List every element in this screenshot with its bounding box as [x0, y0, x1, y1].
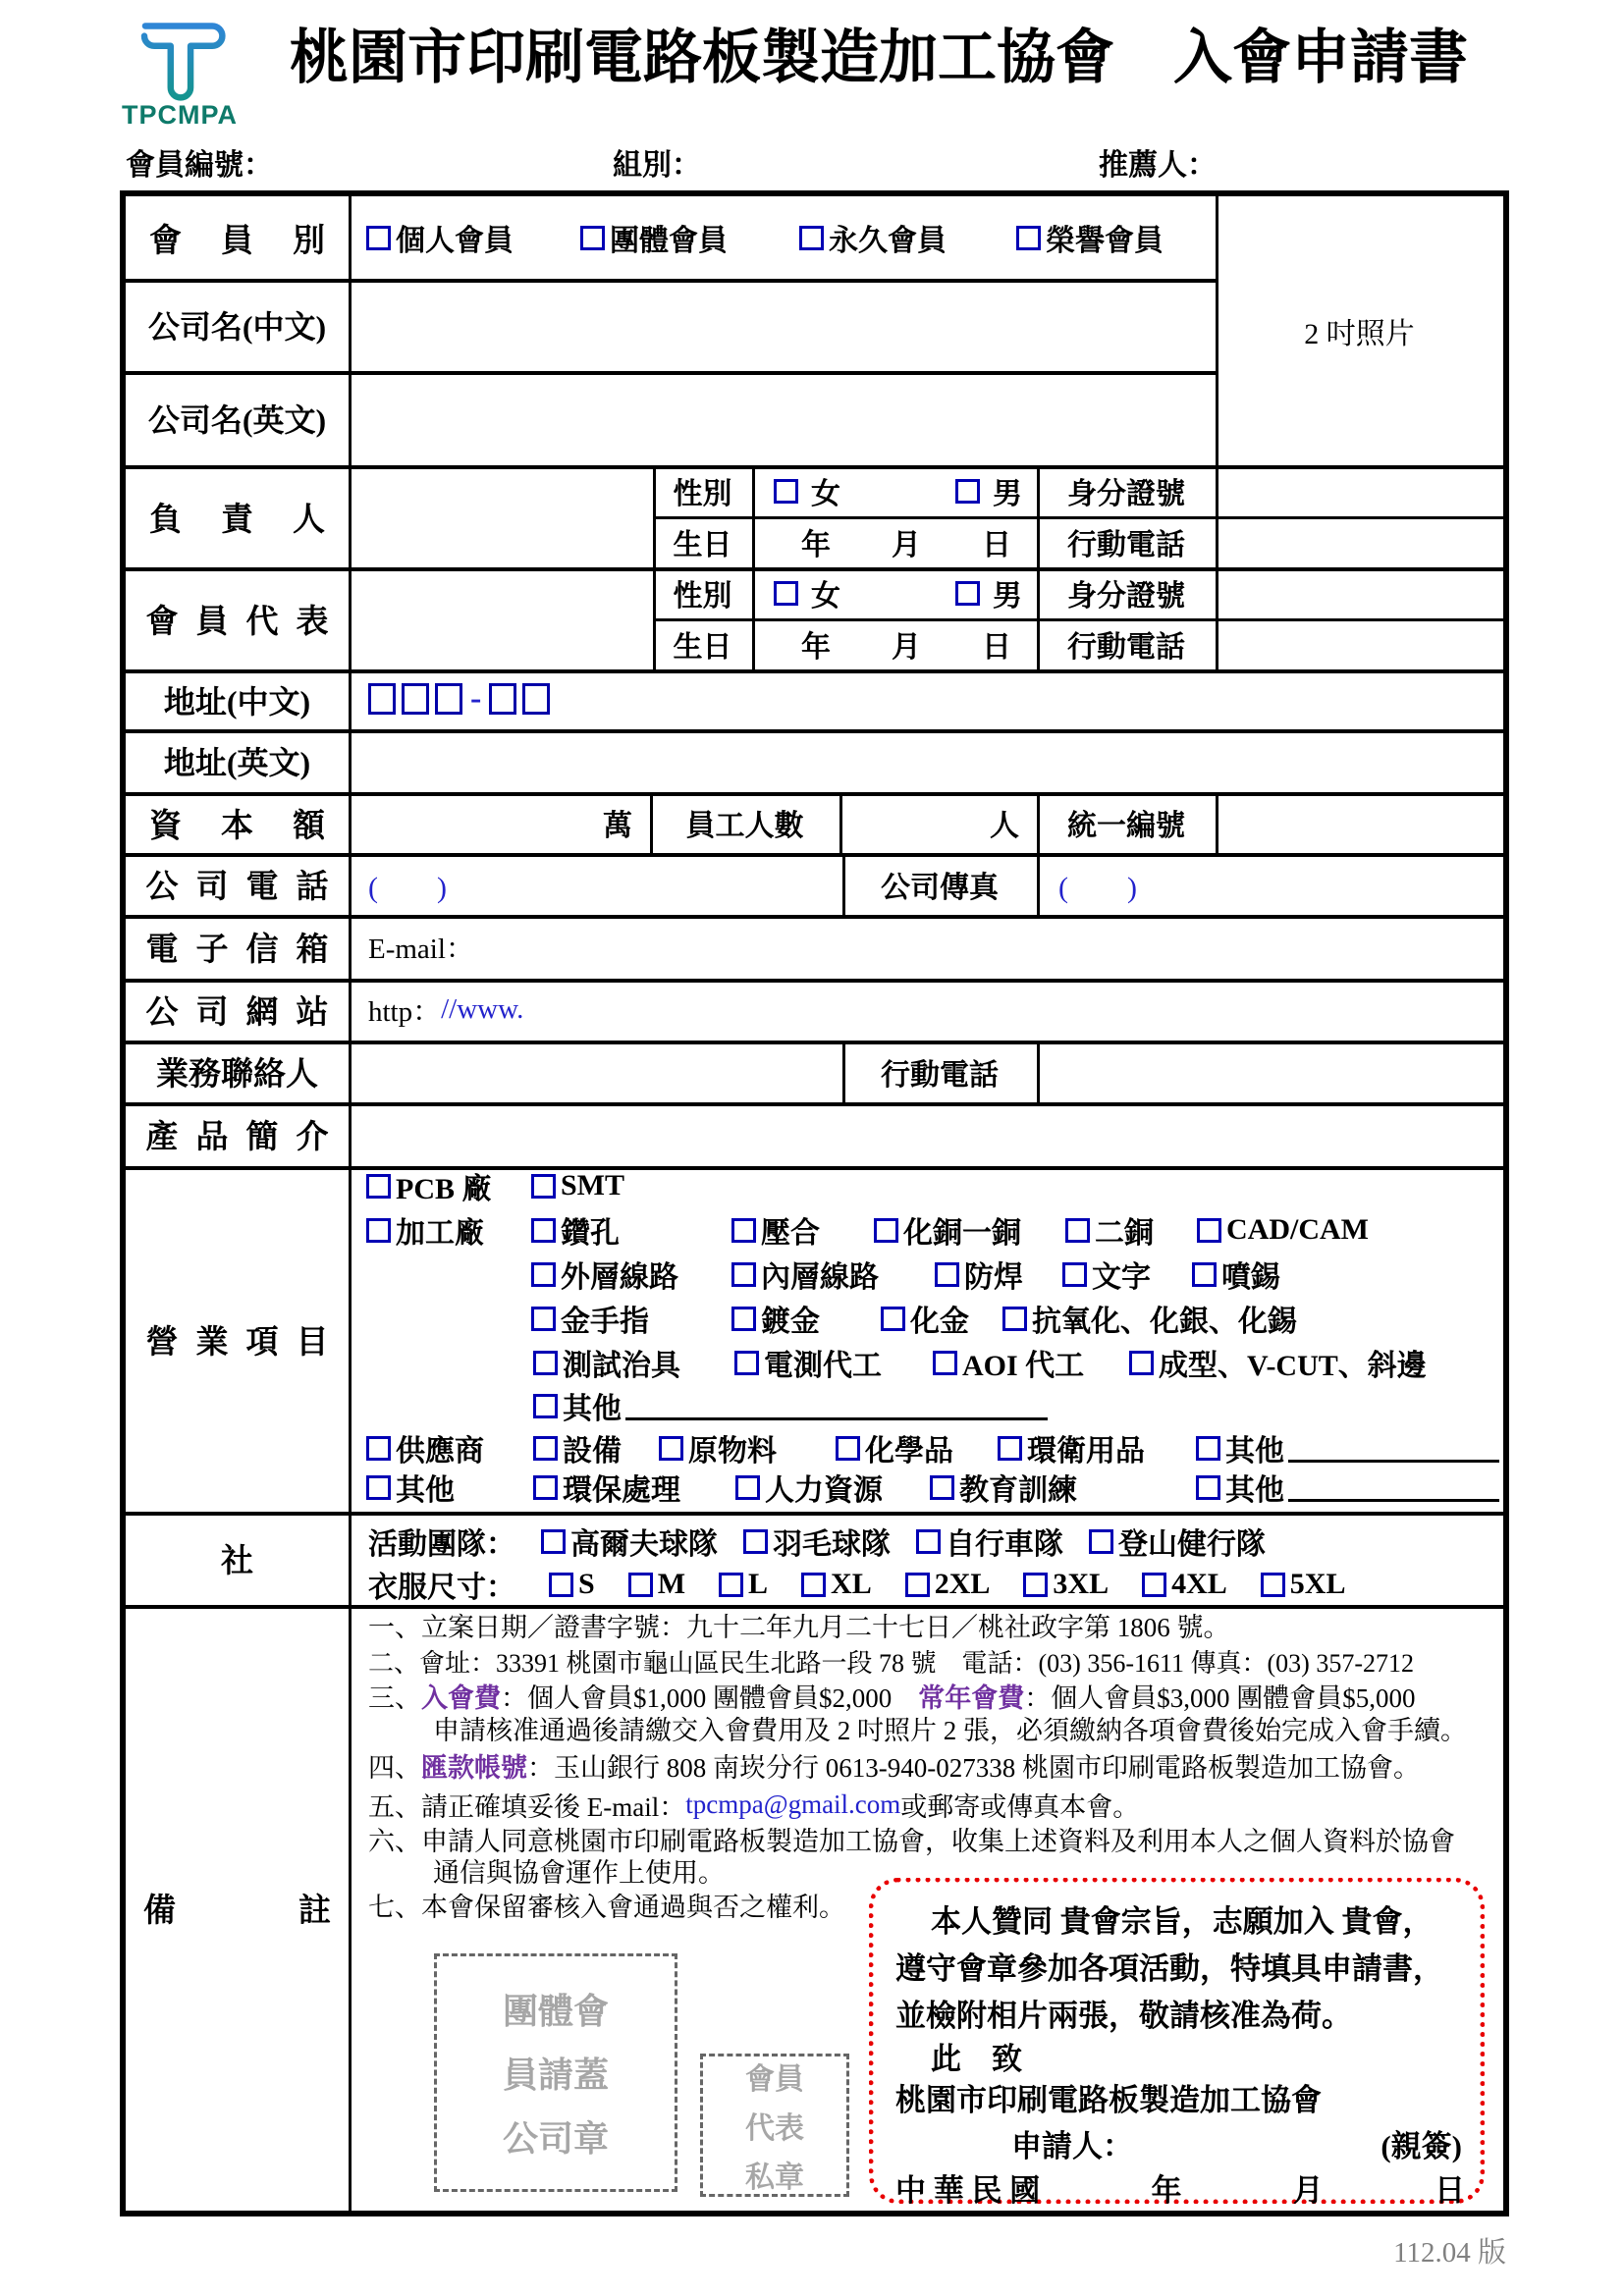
- row-label-phone: 公司電話: [126, 853, 349, 915]
- addr-cn-field[interactable]: [617, 672, 1500, 726]
- row-label-website: 公司網站: [126, 979, 349, 1041]
- declaration-line: 遵守會章參加各項活動，特填具申請書，: [895, 1944, 1443, 1988]
- grid-line: [1037, 853, 1040, 915]
- club-teams-line: 活動團隊： 高爾夫球隊 羽毛球隊 自行車隊 登山健行隊: [368, 1520, 1266, 1563]
- checkbox-icon[interactable]: [801, 1573, 826, 1597]
- checkbox-process-other[interactable]: 其他: [533, 1384, 1048, 1427]
- referrer-label: 推薦人：: [1099, 142, 1217, 182]
- principal-id-label: 身分證號: [1037, 465, 1216, 516]
- checkbox-icon[interactable]: [1023, 1573, 1048, 1597]
- declaration-date-line: 中 華 民 國 年 月 日: [895, 2165, 1465, 2210]
- fax-field[interactable]: [1245, 856, 1500, 912]
- checkbox-icon[interactable]: [580, 226, 605, 250]
- tax-id-label: 統一編號: [1037, 792, 1216, 853]
- checkbox-icon[interactable]: [628, 1573, 653, 1597]
- declaration-box: 本人贊同 貴會宗旨，志願加入 貴會， 遵守會章參加各項活動，特填具申請書， 並檢…: [869, 1878, 1485, 2204]
- checkbox-golf-team[interactable]: 高爾夫球隊: [541, 1520, 718, 1563]
- checkbox-inner-layer[interactable]: 內層線路: [731, 1253, 879, 1296]
- checkbox-icon[interactable]: [935, 1262, 959, 1287]
- applicant-signature-field[interactable]: [1149, 2121, 1365, 2157]
- capital-unit: 萬: [349, 792, 632, 853]
- checkbox-icon[interactable]: [731, 1307, 756, 1331]
- fax-label: 公司傳真: [842, 853, 1037, 915]
- checkbox-test-fixture[interactable]: 測試治具: [533, 1341, 680, 1384]
- checkbox-lamination[interactable]: 壓合: [731, 1208, 820, 1252]
- phone-area-parens: ( ): [368, 853, 486, 915]
- row-label-company-cn: 公司名(中文): [126, 279, 349, 371]
- row-label-company-en: 公司名(英文): [126, 371, 349, 465]
- products-field[interactable]: [352, 1105, 1500, 1163]
- tpcmpa-logo-icon: [120, 8, 240, 102]
- checkbox-icon[interactable]: [955, 479, 980, 504]
- checkbox-member-permanent[interactable]: 永久會員: [799, 216, 947, 259]
- postal-box[interactable]: [522, 683, 550, 715]
- checkbox-size-s[interactable]: S: [549, 1568, 595, 1601]
- checkbox-icon[interactable]: [1016, 226, 1041, 250]
- checkbox-principal-female[interactable]: 女: [774, 469, 840, 512]
- sign-in-person-note: (親簽): [1380, 2121, 1462, 2165]
- principal-mobile-label: 行動電話: [1037, 516, 1216, 567]
- checkbox-solder-mask[interactable]: 防焊: [935, 1253, 1023, 1296]
- row-label-club: 社: [126, 1512, 349, 1605]
- email-value-field[interactable]: [499, 918, 1500, 976]
- checkbox-icon[interactable]: [799, 226, 824, 250]
- email-prefix: E-mail：: [368, 915, 474, 979]
- checkbox-icon[interactable]: [731, 1262, 756, 1287]
- club-sizes-label: 衣服尺寸：: [368, 1563, 515, 1606]
- checkbox-other-other[interactable]: 其他: [1196, 1466, 1499, 1509]
- declaration-line: 此 致: [931, 2034, 1022, 2078]
- website-value-field[interactable]: [548, 982, 1500, 1038]
- postal-box[interactable]: [489, 683, 516, 715]
- representative-mobile-field[interactable]: [1218, 621, 1500, 667]
- rep-id-label: 身分證號: [1037, 567, 1216, 618]
- blank-line[interactable]: [1288, 1433, 1499, 1463]
- checkbox-aoi[interactable]: AOI 代工: [933, 1341, 1084, 1384]
- checkbox-outer-layer[interactable]: 外層線路: [531, 1253, 678, 1296]
- company-name-cn-field[interactable]: [352, 282, 1213, 368]
- checkbox-cycling-team[interactable]: 自行車隊: [916, 1520, 1063, 1563]
- principal-name-field[interactable]: [352, 468, 650, 564]
- checkbox-icon[interactable]: [1196, 1436, 1220, 1461]
- note-line-1: 一、立案日期／證書字號：九十二年九月二十七日／桃社政字第 1806 號。: [368, 1607, 1230, 1642]
- note-line-9: 七、本會保留審核入會通過與否之權利。: [368, 1887, 845, 1922]
- rep-birth-label: 生日: [653, 618, 752, 669]
- company-name-en-field[interactable]: [352, 374, 1213, 462]
- checkbox-icon[interactable]: [549, 1573, 573, 1597]
- phone-field[interactable]: [450, 856, 833, 912]
- principal-id-field[interactable]: [1218, 468, 1500, 513]
- checkbox-gold-finger[interactable]: 金手指: [531, 1297, 649, 1340]
- checkbox-icon[interactable]: [916, 1529, 941, 1554]
- checkbox-hasl[interactable]: 噴錫: [1192, 1253, 1280, 1296]
- row-label-notes: 備註: [126, 1605, 349, 2211]
- row-label-representative: 會員代表: [126, 567, 349, 669]
- blank-line[interactable]: [1288, 1472, 1499, 1502]
- checkbox-env-supplies[interactable]: 環衛用品: [998, 1426, 1145, 1469]
- employees-label: 員工人數: [650, 792, 839, 853]
- principal-birth-units: 年月日: [752, 516, 1037, 567]
- checkbox-icon[interactable]: [1129, 1351, 1154, 1375]
- checkbox-equipment[interactable]: 設備: [533, 1426, 622, 1469]
- checkbox-icon[interactable]: [731, 1218, 756, 1243]
- personal-stamp-box[interactable]: 會員 代表 私章: [700, 2054, 849, 2197]
- checkbox-chemicals[interactable]: 化學品: [836, 1426, 953, 1469]
- company-stamp-box[interactable]: 團體會 員請蓋 公司章: [434, 1953, 677, 2192]
- note-line-4: 申請核准通過後請繳交入會費用及 2 吋照片 2 張，必須繳納各項會費後始完成入會…: [433, 1710, 1467, 1745]
- checkbox-hr[interactable]: 人力資源: [735, 1466, 883, 1509]
- checkbox-icon[interactable]: [998, 1436, 1022, 1461]
- checkbox-icon[interactable]: [905, 1573, 930, 1597]
- row-label-business: 營業項目: [126, 1166, 349, 1512]
- photo-box: 2 吋照片: [1216, 196, 1503, 465]
- checkbox-size-2xl[interactable]: 2XL: [905, 1568, 991, 1601]
- checkbox-icon[interactable]: [719, 1573, 743, 1597]
- checkbox-icon[interactable]: [533, 1475, 558, 1500]
- contact-name-field[interactable]: [352, 1043, 839, 1099]
- checkbox-icon[interactable]: [734, 1351, 759, 1375]
- checkbox-icon[interactable]: [735, 1475, 760, 1500]
- checkbox-legend[interactable]: 文字: [1062, 1253, 1151, 1296]
- tax-id-field[interactable]: [1218, 795, 1500, 850]
- checkbox-hiking-team[interactable]: 登山健行隊: [1089, 1520, 1266, 1563]
- checkbox-icon[interactable]: [1065, 1218, 1090, 1243]
- checkbox-rep-female[interactable]: 女: [774, 571, 840, 614]
- checkbox-icon[interactable]: [1142, 1573, 1166, 1597]
- checkbox-routing[interactable]: 成型、V-CUT、斜邊: [1129, 1341, 1427, 1384]
- checkbox-member-individual[interactable]: 個人會員: [366, 216, 514, 259]
- checkbox-icon[interactable]: [933, 1351, 957, 1375]
- checkbox-icon[interactable]: [659, 1436, 683, 1461]
- principal-birth-label: 生日: [653, 516, 752, 567]
- checkbox-supplier-other[interactable]: 其他: [1196, 1426, 1499, 1469]
- checkbox-icon[interactable]: [533, 1351, 558, 1375]
- checkbox-rep-male[interactable]: 男: [955, 571, 1022, 614]
- checkbox-icon[interactable]: [955, 581, 980, 606]
- postal-box[interactable]: [435, 683, 462, 715]
- rep-birth-units: 年月日: [752, 618, 1037, 669]
- page-title: 桃園市印刷電路板製造加工協會 入會申請書: [245, 10, 1512, 96]
- checkbox-copper-primary[interactable]: 化銅一銅: [874, 1208, 1021, 1252]
- member-no-label: 會員編號：: [126, 142, 273, 182]
- checkbox-icon[interactable]: [531, 1174, 556, 1199]
- checkbox-gold-plating[interactable]: 鍍金: [731, 1297, 820, 1340]
- note-line-5: 四、匯款帳號：玉山銀行 808 南崁分行 0613-940-027338 桃園市…: [368, 1747, 1420, 1783]
- checkbox-env-treatment[interactable]: 環保處理: [533, 1466, 680, 1509]
- checkbox-badminton-team[interactable]: 羽毛球隊: [743, 1520, 891, 1563]
- checkbox-pcb-factory[interactable]: PCB 廠: [366, 1164, 492, 1207]
- employees-unit: 人: [839, 792, 1019, 853]
- row-label-addr-cn: 地址(中文): [126, 669, 349, 729]
- checkbox-icon[interactable]: [531, 1307, 556, 1331]
- group-label: 組別：: [613, 142, 701, 182]
- checkbox-size-5xl[interactable]: 5XL: [1261, 1568, 1346, 1601]
- rep-gender-label: 性別: [653, 567, 752, 618]
- checkbox-smt[interactable]: SMT: [531, 1164, 624, 1207]
- association-email-link[interactable]: tpcmpa@gmail.com: [685, 1789, 900, 1820]
- note-line-6: 五、請正確填妥後 E-mail：tpcmpa@gmail.com 或郵寄或傳真本…: [368, 1787, 1139, 1822]
- checkbox-icon[interactable]: [366, 1436, 391, 1461]
- addr-en-field[interactable]: [352, 732, 1500, 789]
- checkbox-icon[interactable]: [930, 1475, 954, 1500]
- row-label-products: 產品簡介: [126, 1102, 349, 1166]
- checkbox-icon[interactable]: [1196, 1475, 1220, 1500]
- contact-mobile-field[interactable]: [1040, 1043, 1500, 1099]
- row-label-principal: 負責人: [126, 465, 349, 567]
- checkbox-icon[interactable]: [1192, 1262, 1217, 1287]
- checkbox-icon[interactable]: [531, 1262, 556, 1287]
- checkbox-anti-oxidation[interactable]: 抗氧化、化銀、化錫: [1002, 1297, 1297, 1340]
- checkbox-member-group[interactable]: 團體會員: [580, 216, 728, 259]
- contact-mobile-label: 行動電話: [842, 1041, 1037, 1102]
- checkbox-icon[interactable]: [533, 1394, 558, 1418]
- declaration-line: 本人贊同 貴會宗旨，志願加入 貴會，: [931, 1896, 1434, 1941]
- checkbox-icon[interactable]: [541, 1529, 566, 1554]
- club-teams-label: 活動團隊：: [368, 1520, 515, 1563]
- representative-name-field[interactable]: [352, 570, 650, 667]
- checkbox-icon[interactable]: [881, 1307, 905, 1331]
- checkbox-icon[interactable]: [1089, 1529, 1113, 1554]
- checkbox-processing-factory[interactable]: 加工廠: [366, 1208, 484, 1252]
- declaration-line: 桃園市印刷電路板製造加工協會: [895, 2075, 1322, 2119]
- website-prefix: http：//www.: [368, 979, 523, 1041]
- checkbox-enig[interactable]: 化金: [881, 1297, 969, 1340]
- checkbox-icon[interactable]: [366, 226, 391, 250]
- row-label-contact: 業務聯絡人: [126, 1041, 349, 1102]
- note-line-8: 通信與協會運作上使用。: [433, 1852, 725, 1888]
- checkbox-icon[interactable]: [531, 1218, 556, 1243]
- rep-mobile-label: 行動電話: [1037, 618, 1216, 669]
- checkbox-member-honorary[interactable]: 榮譽會員: [1016, 216, 1164, 259]
- checkbox-icon[interactable]: [1261, 1573, 1285, 1597]
- representative-id-field[interactable]: [1218, 570, 1500, 615]
- blank-line[interactable]: [625, 1391, 1048, 1420]
- note-line-2: 二、會址：33391 桃園市龜山區民生北路一段 78 號 電話：(03) 356…: [368, 1643, 1414, 1679]
- row-label-email: 電子信箱: [126, 915, 349, 979]
- checkbox-icon[interactable]: [774, 479, 798, 504]
- postal-box[interactable]: [402, 683, 429, 715]
- fax-area-parens: ( ): [1058, 853, 1176, 915]
- checkbox-size-3xl[interactable]: 3XL: [1023, 1568, 1109, 1601]
- row-label-addr-en: 地址(英文): [126, 729, 349, 792]
- checkbox-size-4xl[interactable]: 4XL: [1142, 1568, 1227, 1601]
- checkbox-supplier[interactable]: 供應商: [366, 1426, 484, 1469]
- application-form-table: 會員別 公司名(中文) 公司名(英文) 負責人 會員代表 地址(中文) 地址(英…: [120, 190, 1509, 2216]
- form-version: 112.04 版: [1393, 2230, 1506, 2270]
- checkbox-training[interactable]: 教育訓練: [930, 1466, 1077, 1509]
- principal-gender-label: 性別: [653, 465, 752, 516]
- checkbox-icon[interactable]: [874, 1218, 898, 1243]
- row-label-member-type: 會員別: [126, 196, 349, 279]
- checkbox-icon[interactable]: [774, 581, 798, 606]
- checkbox-icon[interactable]: [1197, 1218, 1221, 1243]
- checkbox-icon[interactable]: [366, 1218, 391, 1243]
- checkbox-principal-male[interactable]: 男: [955, 469, 1022, 512]
- checkbox-raw-material[interactable]: 原物料: [659, 1426, 777, 1469]
- checkbox-icon[interactable]: [533, 1436, 558, 1461]
- checkbox-size-xl[interactable]: XL: [801, 1568, 872, 1601]
- checkbox-size-l[interactable]: L: [719, 1568, 768, 1601]
- checkbox-icon[interactable]: [743, 1529, 768, 1554]
- principal-mobile-field[interactable]: [1218, 519, 1500, 564]
- postal-box[interactable]: [368, 683, 396, 715]
- checkbox-cad-cam[interactable]: CAD/CAM: [1197, 1208, 1369, 1252]
- club-sizes-line: 衣服尺寸： S M L XL 2XL 3XL 4XL 5XL: [368, 1563, 1345, 1606]
- checkbox-copper-secondary[interactable]: 二銅: [1065, 1208, 1154, 1252]
- row-label-capital: 資本額: [126, 792, 349, 853]
- checkbox-etest[interactable]: 電測代工: [734, 1341, 882, 1384]
- applicant-label: 申請人：: [1011, 2121, 1133, 2165]
- checkbox-icon[interactable]: [1062, 1262, 1087, 1287]
- checkbox-drilling[interactable]: 鑽孔: [531, 1208, 620, 1252]
- postal-code-boxes[interactable]: -: [368, 677, 556, 721]
- checkbox-icon[interactable]: [366, 1174, 391, 1199]
- checkbox-icon[interactable]: [836, 1436, 860, 1461]
- checkbox-size-m[interactable]: M: [628, 1568, 685, 1601]
- checkbox-other-category[interactable]: 其他: [366, 1466, 455, 1509]
- checkbox-icon[interactable]: [1002, 1307, 1027, 1331]
- checkbox-icon[interactable]: [366, 1475, 391, 1500]
- declaration-line: 並檢附相片兩張，敬請核准為荷。: [895, 1991, 1352, 2035]
- logo-wordmark: TPCMPA: [106, 100, 253, 131]
